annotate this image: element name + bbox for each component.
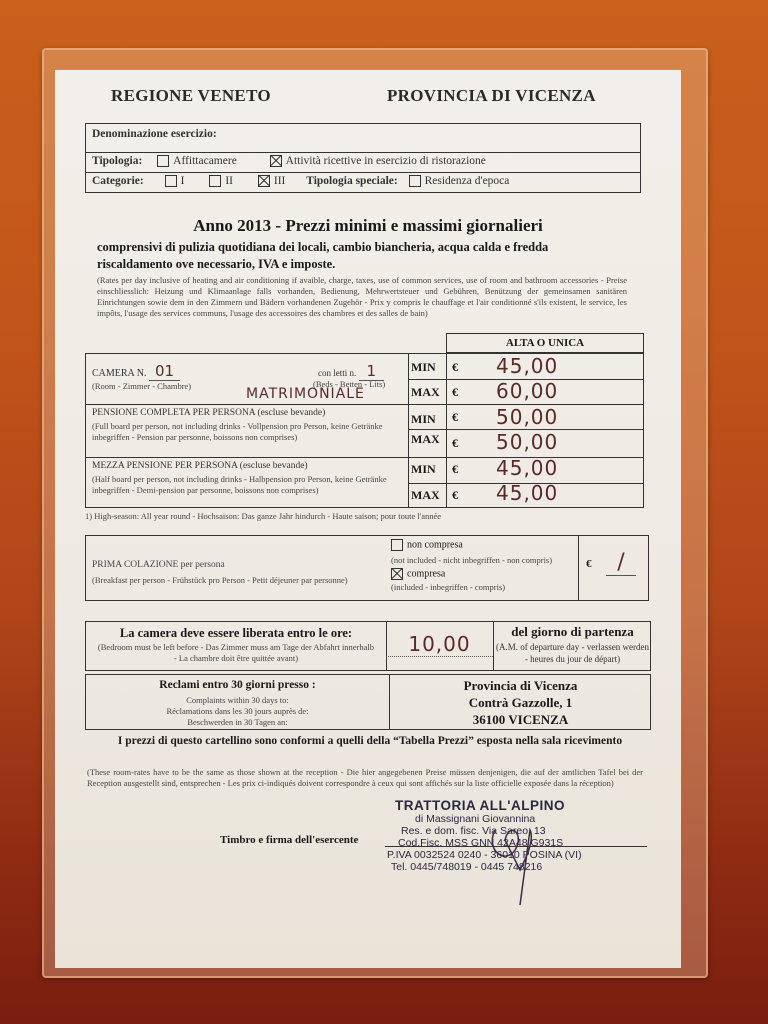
room-row: CAMERA N. 01 [92, 362, 180, 380]
complaints-sub-en: Complaints within 30 days to: [86, 695, 389, 706]
price-subtitle-1: comprensivi di pulizia quotidiana dei lo… [97, 240, 548, 255]
half-board-max-label: MAX [411, 488, 440, 503]
checkbox-icon [391, 539, 403, 551]
checkout-label: La camera deve essere liberata entro le … [86, 626, 386, 641]
checkbox-icon [409, 175, 421, 187]
euro-icon: € [586, 558, 592, 570]
establishment-name-label: Denominazione esercizio: [92, 128, 217, 140]
complaints-box: Reclami entro 30 giorni presso : Complai… [85, 674, 651, 730]
breakfast-sub: (Breakfast per person - Frühstück pro Pe… [92, 575, 348, 586]
euro-icon: € [452, 385, 458, 400]
type-affittacamere[interactable]: Affittacamere [157, 155, 237, 167]
room-sub: (Room - Zimmer - Chambre) [92, 381, 191, 392]
price-note: (Rates per day inclusive of heating and … [97, 275, 627, 319]
full-board-max-price: 50,00 [496, 430, 558, 454]
room-max-label: MAX [411, 385, 440, 400]
checked-checkbox-icon [258, 175, 270, 187]
euro-icon: € [452, 488, 458, 503]
room-number: 01 [149, 362, 180, 381]
province-title: PROVINCIA DI VICENZA [387, 86, 596, 106]
handwritten-signature [475, 810, 555, 910]
complaints-sub-fr: Réclamations dans les 30 jours auprès de… [86, 706, 389, 717]
establishment-box: Denominazione esercizio: Tipologia: Affi… [85, 123, 641, 193]
full-board-max-label: MAX [411, 432, 440, 447]
checkbox-icon [209, 175, 221, 187]
breakfast-not-included[interactable]: non compresa [391, 539, 463, 551]
checked-checkbox-icon [391, 568, 403, 580]
euro-icon: € [452, 410, 458, 425]
season-header: ALTA O UNICA [446, 333, 644, 353]
special-residenza[interactable]: Residenza d'epoca [409, 175, 510, 187]
room-type: MATRIMONIALE [246, 386, 365, 402]
checkout-time: 10,00 [386, 632, 493, 657]
breakfast-price: / [606, 550, 636, 576]
euro-icon: € [452, 462, 458, 477]
full-board-min-label: MIN [411, 412, 436, 427]
euro-icon: € [452, 436, 458, 451]
breakfast-box: PRIMA COLAZIONE per persona (Breakfast p… [85, 535, 649, 601]
type-row: Tipologia: Affittacamere Attività ricett… [92, 155, 486, 167]
checkbox-icon [165, 175, 177, 187]
room-min-label: MIN [411, 360, 436, 375]
half-board-min-label: MIN [411, 462, 436, 477]
checkout-sub: (Bedroom must be left before - Das Zimme… [96, 642, 376, 664]
special-label: Tipologia speciale: [306, 175, 397, 187]
conformity-statement: I prezzi di questo cartellino sono confo… [95, 733, 645, 749]
checkout-day-sub: (A.M. of departure day - verlassen werde… [495, 641, 650, 665]
price-card: REGIONE VENETO PROVINCIA DI VICENZA Deno… [55, 70, 681, 968]
beds-row: con letti n. 1 [318, 362, 384, 380]
room-label: CAMERA N. [92, 368, 146, 379]
price-title: Anno 2013 - Prezzi minimi e massimi gior… [55, 216, 681, 236]
half-board-max-price: 45,00 [496, 481, 558, 505]
category-ii[interactable]: II [209, 175, 233, 187]
checkout-box: La camera deve essere liberata entro le … [85, 621, 651, 671]
breakfast-label: PRIMA COLAZIONE per persona [92, 560, 225, 570]
full-board-sub: (Full board per person, not including dr… [92, 421, 392, 443]
region-title: REGIONE VENETO [111, 86, 271, 106]
checkbox-icon [157, 155, 169, 167]
breakfast-included[interactable]: compresa [391, 568, 445, 580]
room-max-price: 60,00 [496, 379, 558, 403]
full-board-min-price: 50,00 [496, 405, 558, 429]
breakfast-included-sub: (included - inbegriffen - compris) [391, 582, 505, 593]
checkout-day-label: del giorno di partenza [493, 624, 652, 640]
complaints-address: Provincia di Vicenza Contrà Gazzolle, 1 … [389, 677, 652, 728]
breakfast-not-included-sub: (not included - nicht inbegriffen - non … [391, 555, 552, 566]
complaints-label: Reclami entro 30 giorni presso : [86, 679, 389, 691]
conformity-note: (These room-rates have to be the same as… [87, 767, 643, 789]
type-ristorazione[interactable]: Attività ricettive in esercizio di risto… [270, 155, 486, 167]
category-i[interactable]: I [165, 175, 185, 187]
price-subtitle-2: riscaldamento ove necessario, IVA e impo… [97, 257, 335, 272]
room-min-price: 45,00 [496, 354, 558, 378]
checked-checkbox-icon [270, 155, 282, 167]
season-footnote: 1) High-season: All year round - Hochsai… [85, 511, 441, 522]
category-label: Categorie: [92, 175, 144, 187]
category-iii[interactable]: III [258, 175, 286, 187]
half-board-label: MEZZA PENSIONE PER PERSONA (escluse beva… [92, 461, 308, 471]
half-board-sub: (Half board per person, not including dr… [92, 474, 392, 496]
complaints-sub-de: Beschwerden in 30 Tagen an: [86, 717, 389, 728]
half-board-min-price: 45,00 [496, 456, 558, 480]
full-board-label: PENSIONE COMPLETA PER PERSONA (escluse b… [92, 408, 325, 418]
price-table: CAMERA N. 01 con letti n. 1 (Room - Zimm… [85, 353, 644, 508]
signature-label: Timbro e firma dell'esercente [220, 834, 358, 846]
type-label: Tipologia: [92, 155, 142, 167]
category-row: Categorie: I II III Tipologia speciale: … [92, 175, 509, 187]
euro-icon: € [452, 360, 458, 375]
